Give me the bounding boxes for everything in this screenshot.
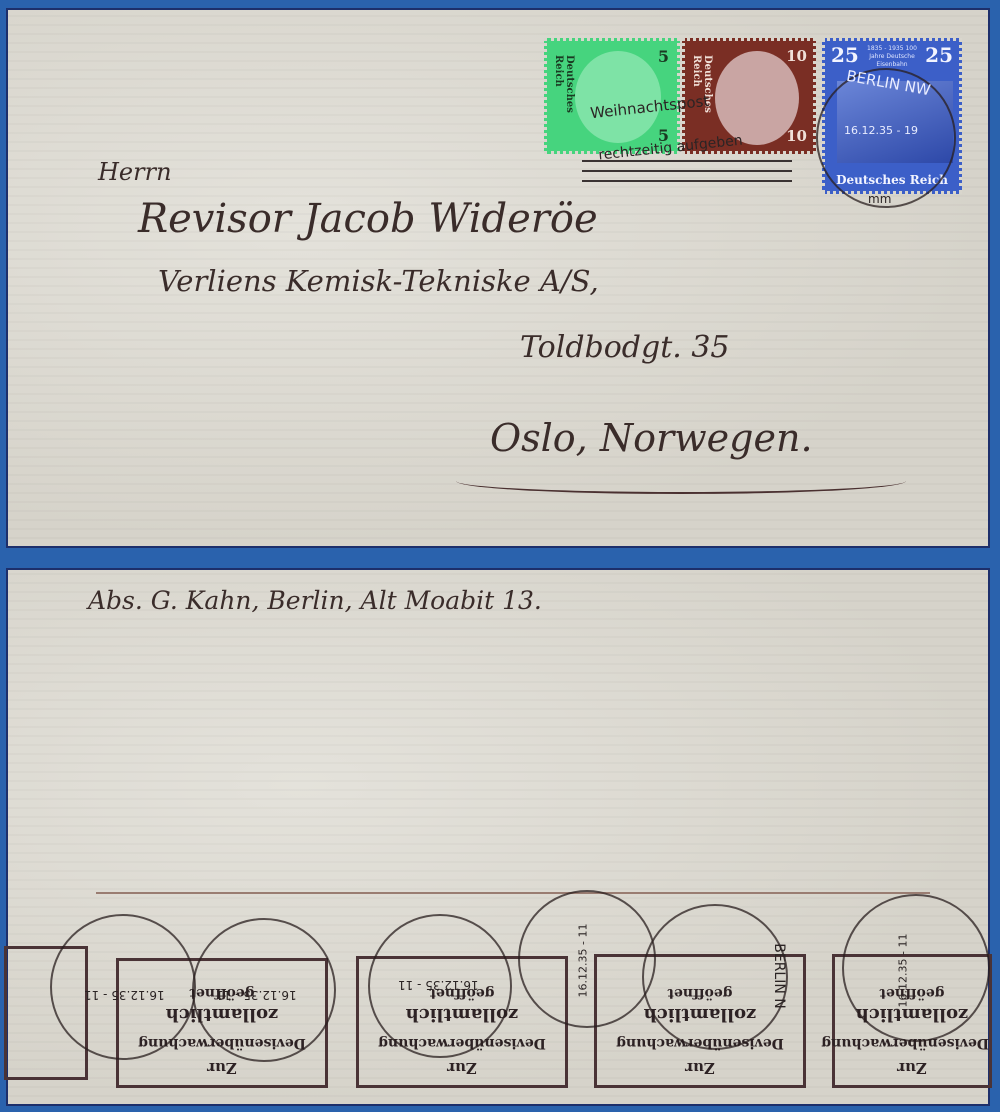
portrait-medallion: [575, 51, 661, 143]
flap-edge: [96, 892, 930, 894]
recipient-name: Revisor Jacob Wideröe: [138, 196, 598, 242]
postmark-berlin-n: [642, 904, 788, 1050]
salutation: Herrn: [98, 158, 172, 186]
cancel-bar: [582, 170, 792, 172]
sender-address: Abs. G. Kahn, Berlin, Alt Moabit 13.: [88, 586, 542, 615]
cancel-bar: [582, 180, 792, 182]
envelope-front: 5 5 Deutsches Reich 10 10 Deutsches Reic…: [6, 8, 990, 548]
recipient-street: Toldbodgt. 35: [520, 330, 730, 365]
postmark-berlin-n: [50, 914, 196, 1060]
address-underline: [456, 468, 906, 494]
recipient-city: Oslo, Norwegen.: [490, 416, 813, 460]
postmark-berlin-n: [842, 894, 990, 1042]
envelope-back: Abs. G. Kahn, Berlin, Alt Moabit 13. Zur…: [6, 568, 990, 1106]
recipient-company: Verliens Kemisk-Tekniske A/S,: [158, 264, 599, 298]
